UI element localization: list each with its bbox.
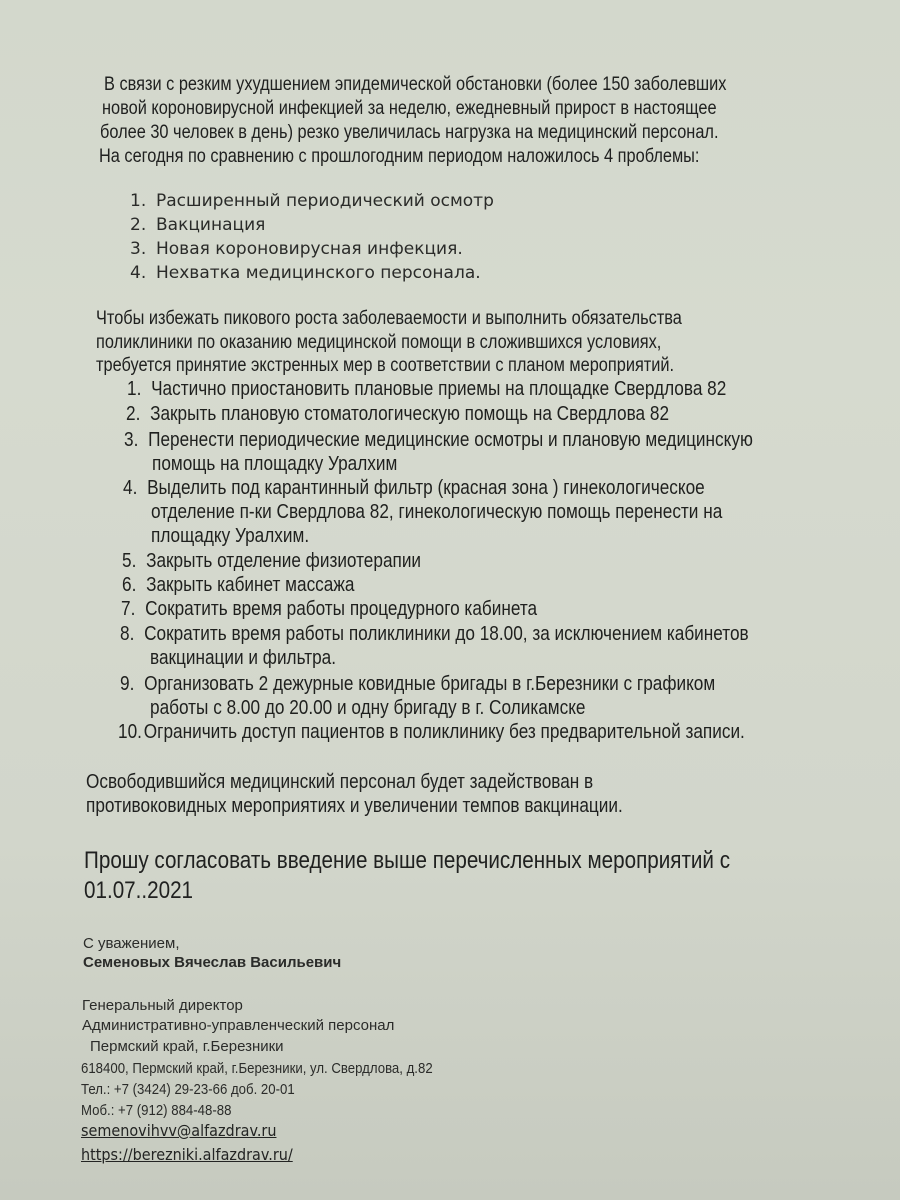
staff-note-line: противоковидных мероприятиях и увеличени…: [86, 794, 623, 818]
list-item-number: 2.: [130, 213, 156, 237]
request-line: Прошу согласовать введение выше перечисл…: [84, 847, 730, 875]
list-item: 9.Организовать 2 дежурные ковидные брига…: [120, 672, 715, 696]
list-item-number: 10.: [118, 720, 144, 744]
list-item-text: Ограничить доступ пациентов в поликлиник…: [144, 721, 745, 743]
list-item-text: Закрыть кабинет массажа: [146, 574, 354, 596]
list-item-text: Вакцинация: [156, 215, 265, 235]
signer-title: Генеральный директор: [82, 997, 243, 1015]
list-item-number: 6.: [122, 573, 146, 597]
postal-address: 618400, Пермский край, г.Березники, ул. …: [81, 1060, 433, 1078]
list-item: 3.Перенести периодические медицинские ос…: [124, 428, 753, 452]
email-link[interactable]: semenovihvv@alfazdrav.ru: [81, 1121, 276, 1141]
list-item-number: 9.: [120, 672, 144, 696]
list-item-text: Закрыть отделение физиотерапии: [146, 550, 421, 572]
list-item: 7.Сократить время работы процедурного ка…: [121, 597, 537, 621]
list-item-number: 5.: [122, 549, 146, 573]
list-item: 2.Вакцинация: [130, 213, 494, 237]
list-item: 1.Частично приостановить плановые приемы…: [127, 377, 726, 401]
staff-note-line: Освободившийся медицинский персонал буде…: [86, 770, 593, 794]
mobile-number: Моб.: +7 (912) 884-48-88: [81, 1102, 231, 1120]
list-item-number: 1.: [130, 189, 156, 213]
list-item: 2.Закрыть плановую стоматологическую пом…: [126, 402, 669, 426]
signer-department: Административно-управленческий персонал: [82, 1017, 394, 1035]
list-item: 5.Закрыть отделение физиотерапии: [122, 549, 421, 573]
intro-line: На сегодня по сравнению с прошлогодним п…: [99, 146, 699, 168]
list-item-text: Нехватка медицинского персонала.: [156, 263, 481, 283]
list-item-number: 4.: [123, 476, 147, 500]
list-item: 1.Расширенный периодический осмотр: [130, 189, 494, 213]
list-item-continuation: площадку Уралхим.: [151, 524, 309, 548]
phone-number: Тел.: +7 (3424) 29-23-66 доб. 20-01: [81, 1081, 295, 1099]
list-item-continuation: отделение п-ки Свердлова 82, гинекологич…: [151, 500, 722, 524]
document-page: В связи с резким ухудшением эпидемическо…: [0, 0, 900, 1200]
intro-line: более 30 человек в день) резко увеличила…: [100, 122, 719, 144]
list-item-number: 3.: [130, 237, 156, 261]
measures-intro-line: Чтобы избежать пикового роста заболеваем…: [96, 308, 682, 330]
list-item-number: 7.: [121, 597, 145, 621]
list-item-text: Сократить время работы процедурного каби…: [145, 598, 537, 620]
measures-intro-line: поликлиники по оказанию медицинской помо…: [96, 332, 661, 354]
list-item: 4.Выделить под карантинный фильтр (красн…: [123, 476, 705, 500]
list-item-continuation: помощь на площадку Уралхим: [152, 452, 397, 476]
list-item-text: Сократить время работы поликлиники до 18…: [144, 623, 749, 645]
list-item-text: Закрыть плановую стоматологическую помощ…: [150, 403, 669, 425]
list-item-text: Расширенный периодический осмотр: [156, 191, 494, 211]
list-item-text: Выделить под карантинный фильтр (красная…: [147, 477, 705, 499]
list-item-number: 8.: [120, 622, 144, 646]
list-item: 3.Новая короновирусная инфекция.: [130, 237, 494, 261]
list-item-number: 1.: [127, 377, 151, 401]
list-item-continuation: вакцинации и фильтра.: [150, 646, 336, 670]
signer-name: Семеновых Вячеслав Васильевич: [83, 954, 341, 972]
list-item-text: Частично приостановить плановые приемы н…: [151, 378, 726, 400]
list-item-continuation: работы с 8.00 до 20.00 и одну бригаду в …: [150, 696, 585, 720]
list-item: 10.Ограничить доступ пациентов в поликли…: [118, 720, 745, 744]
intro-line: В связи с резким ухудшением эпидемическо…: [104, 74, 726, 96]
list-item-text: Новая короновирусная инфекция.: [156, 239, 463, 259]
list-item: 8.Сократить время работы поликлиники до …: [120, 622, 749, 646]
list-item: 4.Нехватка медицинского персонала.: [130, 261, 494, 285]
list-item-text: Организовать 2 дежурные ковидные бригады…: [144, 673, 715, 695]
list-item-text: Перенести периодические медицинские осмо…: [148, 429, 753, 451]
list-item-number: 2.: [126, 402, 150, 426]
request-date: 01.07..2021: [84, 877, 193, 905]
website-link[interactable]: https://bereznikі.alfazdrav.ru/: [81, 1145, 293, 1165]
closing-text: С уважением,: [83, 935, 180, 953]
signer-region: Пермский край, г.Березники: [90, 1038, 284, 1056]
list-item-number: 3.: [124, 428, 148, 452]
measures-intro-line: требуется принятие экстренных мер в соот…: [96, 355, 674, 377]
intro-line: новой короновирусной инфекцией за неделю…: [102, 98, 717, 120]
list-item: 6.Закрыть кабинет массажа: [122, 573, 354, 597]
problems-list: 1.Расширенный периодический осмотр 2.Вак…: [130, 189, 494, 285]
list-item-number: 4.: [130, 261, 156, 285]
